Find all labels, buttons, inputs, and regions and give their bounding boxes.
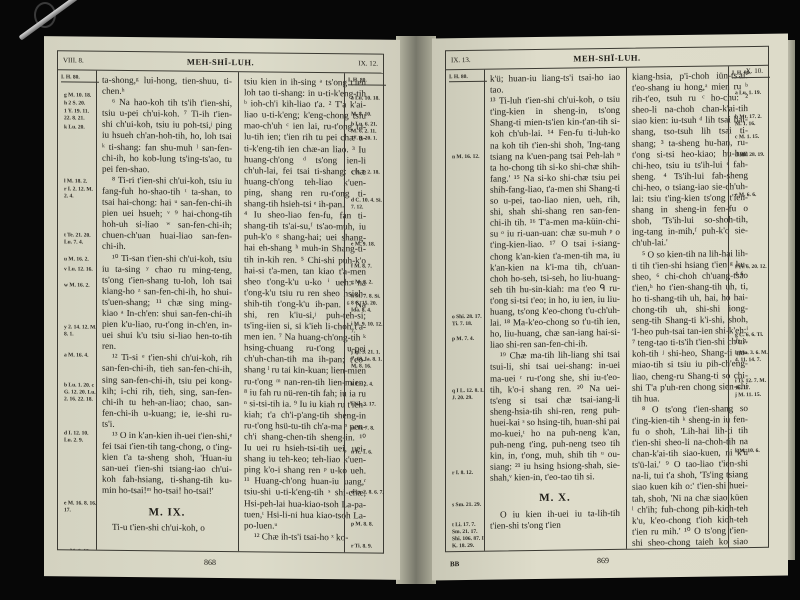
cross-reference: i Ti. 12. 7. M. 16. 17. <box>735 378 768 392</box>
verse-paragraph: ⁸ Ti-ri t'ien-shi ch'ui-koh, tsiu iu fan… <box>102 175 232 254</box>
right-outer-margin: I. H. 80. a Lu. 1. 19.b Mt. 17. 2. M. 1.… <box>729 66 773 548</box>
cross-reference: f M. 8. 7. <box>351 263 384 270</box>
cross-reference: p M. 8. 8. <box>351 521 384 528</box>
cross-reference: r Ti. 8. 9. <box>351 543 384 550</box>
cross-reference: k Lr. 2. 4. <box>351 381 384 388</box>
page-number: 869 <box>597 556 609 565</box>
right-page: IX. 13. MEH-SHÏ-LUH. X. 10. I. H. 80. n … <box>432 34 788 581</box>
margin-heading: I. H. 80. <box>449 74 487 83</box>
cross-reference: l Na. 3. 17. <box>351 401 384 408</box>
cross-reference: q I L. 12. 8. I. J. 20. 29. <box>452 388 485 402</box>
verse-paragraph: ¹⁹ Chæ ma-tih lih-liang shi tsai tsui-li… <box>490 349 620 484</box>
cross-reference: M. 8. 10. <box>351 111 384 118</box>
chapter-first-line: Ti-u t'ien-shi ch'ui-koh, o <box>102 521 232 533</box>
cross-reference: h 2 S. 20. <box>64 100 97 107</box>
right-text-column-1: k'ü; huan-iu liang-ts'i tsai-ho iao tao.… <box>485 68 625 551</box>
cross-reference: p M. 7. 4. <box>452 336 485 343</box>
verse-paragraph: ¹³ Ti-luh t'ien-shi ch'ui-koh, o tsiu t'… <box>490 94 620 351</box>
cross-reference: j M. 11. 15. <box>735 392 768 399</box>
cross-reference: a Lu. 1. 19. <box>735 90 768 97</box>
margin-heading: I. H. 80. <box>348 77 386 85</box>
cross-reference: n Ic. 1. 6. <box>351 449 384 456</box>
signature-mark: BB <box>450 560 459 568</box>
cross-reference: g M. 10. 18. <box>64 92 97 99</box>
cross-reference: m Ti. 7. 8. <box>351 425 384 432</box>
margin-heading: I. H. 80. <box>732 70 770 79</box>
cross-reference: s Sm. 21. 29. <box>452 502 485 509</box>
left-page-frame: VIII. 8. MEH-SHÏ-LUH. IX. 12. I. H. 80. … <box>57 50 384 553</box>
cross-reference: a M. 16. 4. <box>64 352 97 359</box>
cross-reference: g M. 8. 2. <box>351 279 384 286</box>
left-header-title: MEH-SHÏ-LUH. <box>58 55 383 68</box>
cross-reference: e M. 9. 18. <box>351 241 384 248</box>
cross-reference: b Lu. 6. 21. M. 6. 2. 11. 17. 8. 20. 1. <box>351 121 384 142</box>
left-header-ref-right: IX. 12. <box>358 59 378 67</box>
cross-reference: b Mt. 17. 2. M. 1. 16. <box>735 114 768 128</box>
cross-reference: l M. 18. 2. <box>64 178 97 185</box>
verse-paragraph: ¹⁰ Ti-san t'ien-shi ch'ui-koh, tsiu iu t… <box>102 252 232 353</box>
cross-reference: o Shi. 28. 17. Ti. 7. 18. <box>452 314 485 328</box>
cross-reference: u M. 16. 2. <box>64 256 97 263</box>
cross-reference: k M. 10. 6. <box>735 448 768 455</box>
margin-heading: I. H. 80. <box>61 74 99 82</box>
verse-list: k'ü; huan-iu liang-ts'i tsai-ho iao tao.… <box>490 72 620 484</box>
cross-reference: g C. 6. 6. Ti. 12. 7. <box>735 332 768 346</box>
cross-reference: e M. 16. 8. 16. 17. <box>64 500 97 514</box>
verse-paragraph: k'ü; huan-iu liang-ts'i tsai-ho iao tao. <box>490 72 620 96</box>
cross-reference: d I. 12. 10. Lu. 2. 9. <box>64 430 97 444</box>
verse-paragraph: ¹² Ti-si ᵉ t'ien-shi ch'ui-koh, rih san-… <box>102 352 232 431</box>
chapter-heading: M. X. <box>490 492 620 505</box>
cross-reference: o Ip. 2. 8. 6. 7. <box>351 489 384 496</box>
page-number: 868 <box>204 558 216 567</box>
cross-reference: c M. 1. 15. <box>735 134 768 141</box>
cross-reference: 1 Y. 19. 11. 22. 8. 21. <box>64 108 97 122</box>
verse-paragraph: ¹³ O in k'an-kien ih-uei t'ien-shi,ᵉ fei… <box>102 430 232 498</box>
cross-reference: y 2. 14. 12. M. 8. 1. <box>64 324 97 338</box>
book-gutter <box>396 36 436 584</box>
cross-reference: t Li. 17. 7. Sm. 21. 17. Shi. 106. 87. I… <box>452 522 485 550</box>
left-text-column-1: ta-shong,ᵍ lui-hong, tien-shuu, ti-chen.… <box>97 71 237 551</box>
cross-reference: r I. 2. 12. M. 2. 4. <box>64 186 97 200</box>
verse-list: ta-shong,ᵍ lui-hong, tien-shuu, ti-chen.… <box>102 75 232 498</box>
left-page: VIII. 8. MEH-SHÏ-LUH. IX. 12. I. H. 80. … <box>44 36 400 580</box>
cross-reference: w M. 16. 2. <box>64 282 97 289</box>
cross-reference: n M. 16. 12. <box>452 154 485 161</box>
right-page-frame: IX. 13. MEH-SHÏ-LUH. X. 10. I. H. 80. n … <box>445 46 769 553</box>
cross-reference: m M. 6. 12. 11. 14. <box>64 548 97 549</box>
cross-reference: t Te. 21. 20. Lu. 7. 4. <box>64 232 97 246</box>
chapter-first-line: O iu kien ih-uei iu ta-lih-tih t'ien-shi… <box>490 507 620 531</box>
cross-reference: r I. 8. 12. <box>452 470 485 477</box>
cross-reference: v Lu. 12. 16. <box>64 266 97 273</box>
cross-reference: a Lu. 10. 18. <box>351 95 384 102</box>
left-inner-margin: I. H. 80. a Lu. 10. 18.M. 8. 10.b Lu. 6.… <box>345 73 389 552</box>
cross-reference: c Is. 2. 2. 18. <box>351 169 384 176</box>
cross-reference: d Mt. 28. 19. <box>735 152 768 159</box>
cross-reference: h M. 7. 8. Si. 8 C. 15. 20. Ida. 8. 4. <box>351 293 384 314</box>
chapter-heading: M. IX. <box>102 506 232 518</box>
cross-reference: j Ip. 3. 21. 1. 7. 18. Ia. 8. 1. M. 8. 1… <box>351 349 384 370</box>
cross-reference: h Ma. 3. 6. M. 4. 11. 14. 7. <box>735 350 768 364</box>
verse-paragraph: ta-shong,ᵍ lui-hong, tien-shuu, ti-chen.… <box>102 75 232 99</box>
cross-reference: f Ti. 6. 20. 12. 4. 6. <box>735 264 768 278</box>
cross-reference: d C. 10. 4. Si. 7. 12. <box>351 197 384 211</box>
cross-reference: b Lu. 1. 20. c G. 12. 20. Lu. 2. 16. 22.… <box>64 382 97 403</box>
right-header-title: MEH-SHÏ-LUH. <box>446 51 768 65</box>
cross-reference: k Lu. 20. <box>64 124 97 131</box>
cross-reference: e M. 6. 6. <box>735 192 768 199</box>
cross-reference: i M. 9. 10. 12. 7. <box>351 321 384 335</box>
clip-bar <box>19 0 95 41</box>
verse-paragraph: ⁶ Na hao-koh tih ts'ih t'ien-shi, tsiu u… <box>102 97 232 176</box>
